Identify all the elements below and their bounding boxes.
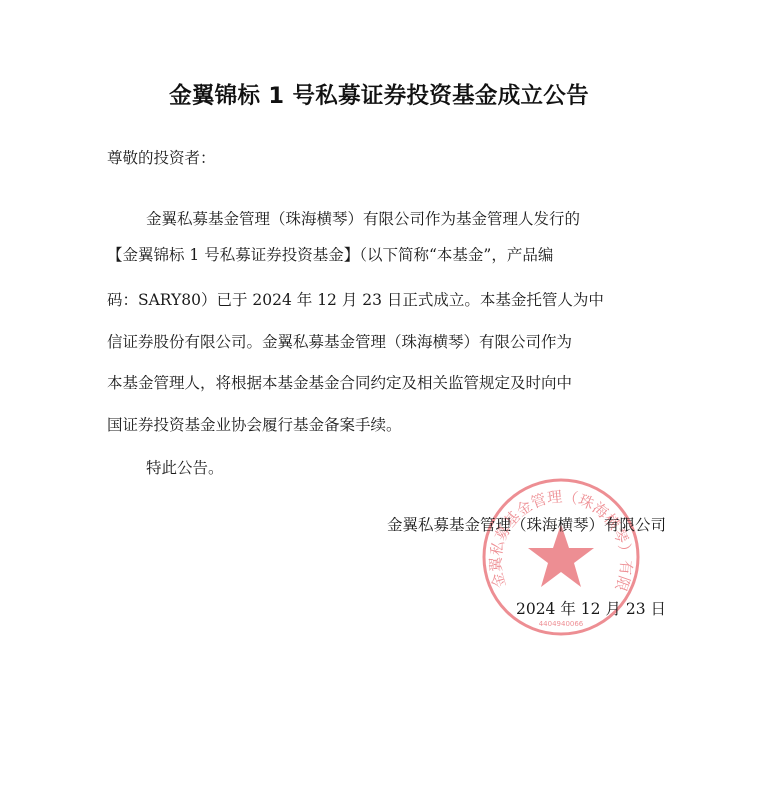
closing-text: 特此公告。 <box>146 456 224 478</box>
body-line: 本基金管理人，将根据本基金基金合同约定及相关监管规定及时向中 <box>107 371 572 393</box>
body-line: 码：SARY80）已于 2024 年 12 月 23 日正式成立。本基金托管人为… <box>107 288 604 310</box>
body-line: 信证券股份有限公司。金翼私募基金管理（珠海横琴）有限公司作为 <box>107 330 572 352</box>
salutation: 尊敬的投资者： <box>107 146 216 168</box>
seal-serial: 4404940066 <box>539 620 584 628</box>
document-title: 金翼锦标 1 号私募证券投资基金成立公告 <box>0 78 758 110</box>
body-line: 国证券投资基金业协会履行基金备案手续。 <box>107 413 402 435</box>
signature-date: 2024 年 12 月 23 日 <box>516 597 666 619</box>
body-line: 金翼私募基金管理（珠海横琴）有限公司作为基金管理人发行的 <box>146 207 580 229</box>
body-line: 【金翼锦标 1 号私募证券投资基金】（以下简称“本基金”，产品编 <box>107 243 553 265</box>
signature-company: 金翼私募基金管理（珠海横琴）有限公司 <box>387 513 666 535</box>
